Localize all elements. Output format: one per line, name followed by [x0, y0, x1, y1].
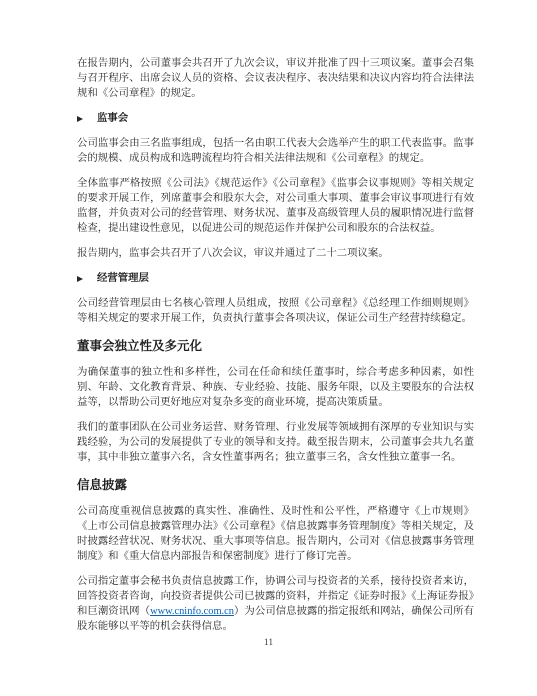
- heading-supervisory-board-label: 监事会: [97, 111, 128, 126]
- heading-management-label: 经营管理层: [97, 271, 149, 286]
- paragraph-board-meetings: 在报告期内，公司董事会共召开了九次会议，审议并批准了四十三项议案。董事会召集与召…: [77, 56, 474, 101]
- bullet-arrow-icon: [77, 116, 83, 122]
- paragraph-disclosure-secretary: 公司指定董事会秘书负责信息披露工作，协调公司与投资者的关系，接待投资者来访，回答…: [77, 574, 474, 634]
- paragraph-disclosure-policy: 公司高度重视信息披露的真实性、准确性、及时性和公平性，严格遵守《上市规则》《上市…: [77, 504, 474, 564]
- document-page: 在报告期内，公司董事会共召开了九次会议，审议并批准了四十三项议案。董事会召集与召…: [0, 0, 537, 696]
- paragraph-supervisory-composition: 公司监事会由三名监事组成，包括一名由职工代表大会选举产生的职工代表监事。监事会的…: [77, 136, 474, 166]
- heading-board-independence: 董事会独立性及多元化: [77, 339, 474, 354]
- paragraph-supervisory-duties: 全体监事严格按照《公司法》《规范运作》《公司章程》《监事会议事规则》等相关规定的…: [77, 176, 474, 236]
- paragraph-board-expertise: 我们的董事团队在公司业务运营、财务管理、行业发展等领域拥有深厚的专业知识与实践经…: [77, 420, 474, 465]
- heading-management: 经营管理层: [77, 271, 474, 286]
- page-number: 11: [0, 638, 537, 648]
- paragraph-diversity-factors: 为确保董事的独立性和多样性，公司在任命和续任董事时，综合考虑多种因素，如性别、年…: [77, 365, 474, 410]
- cninfo-website-link[interactable]: www.cninfo.com.cn: [150, 606, 234, 617]
- bullet-arrow-icon: [77, 276, 83, 282]
- heading-disclosure: 信息披露: [77, 478, 474, 493]
- heading-supervisory-board: 监事会: [77, 111, 474, 126]
- paragraph-management: 公司经营管理层由七名核心管理人员组成，按照《公司章程》《总经理工作细则规则》等相…: [77, 296, 474, 326]
- paragraph-supervisory-meetings: 报告期内，监事会共召开了八次会议，审议并通过了二十二项议案。: [77, 246, 474, 261]
